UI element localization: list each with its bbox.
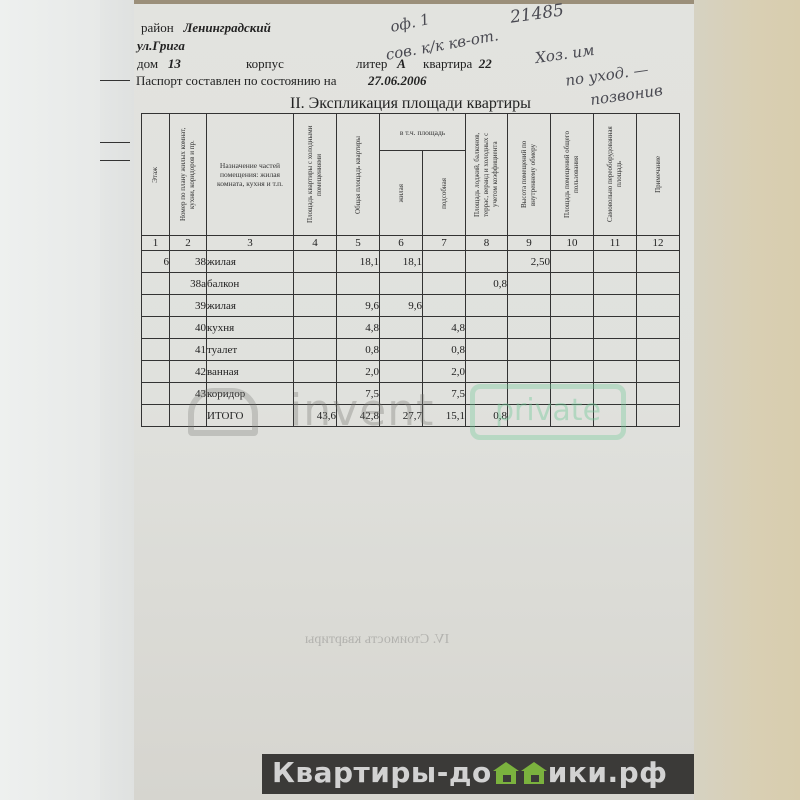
table-cell (637, 339, 680, 361)
column-number: 1 (142, 236, 170, 251)
table-cell: 9,6 (380, 295, 423, 317)
table-cell: 2,0 (423, 361, 466, 383)
table-cell (637, 273, 680, 295)
book-spine (100, 0, 135, 800)
table-cell (637, 295, 680, 317)
table-cell (380, 361, 423, 383)
table-cell (508, 273, 551, 295)
table-cell (637, 317, 680, 339)
table-cell (637, 405, 680, 427)
table-cell: 2,50 (508, 251, 551, 273)
house-value: 13 (168, 56, 181, 71)
district-field: район Ленинградский (141, 20, 271, 36)
table-cell (637, 361, 680, 383)
table-cell (551, 361, 594, 383)
table-cell (337, 273, 380, 295)
table-cell (551, 339, 594, 361)
spine-line (100, 160, 130, 161)
column-number: 10 (551, 236, 594, 251)
table-header-row: Этаж Номер по плану жилых комнат, кухни,… (142, 114, 680, 151)
table-cell: 0,8 (466, 273, 508, 295)
table-cell: кухня (207, 317, 294, 339)
col-header: Площадь помещений общего пользования (551, 114, 594, 236)
house-icon (493, 762, 519, 784)
table-cell (508, 295, 551, 317)
col-header: Назначение частей помещения: жилая комна… (207, 114, 294, 236)
table-cell: 4,8 (423, 317, 466, 339)
table-cell (466, 251, 508, 273)
district-label: район (141, 20, 174, 35)
table-row: 40кухня4,84,8 (142, 317, 680, 339)
table-row: 42ванная2,02,0 (142, 361, 680, 383)
table-cell (466, 317, 508, 339)
col-header: Площадь квартиры с холодными помещениями (294, 114, 337, 236)
building-field: корпус (246, 56, 284, 72)
table-cell (594, 273, 637, 295)
private-watermark: private (470, 384, 626, 440)
table-row: 41туалет0,80,8 (142, 339, 680, 361)
table-cell (294, 317, 337, 339)
house-field: дом 13 (137, 56, 181, 72)
table-cell (508, 339, 551, 361)
table-cell: жилая (207, 295, 294, 317)
district-value: Ленинградский (183, 20, 270, 35)
table-cell (423, 251, 466, 273)
table-cell: 38 (170, 251, 207, 273)
column-number: 8 (466, 236, 508, 251)
table-cell: 40 (170, 317, 207, 339)
invent-logo-icon (188, 388, 258, 436)
col-header: Примечание (637, 114, 680, 236)
house-icon (521, 762, 547, 784)
table-cell (466, 361, 508, 383)
column-number: 9 (508, 236, 551, 251)
column-number: 11 (594, 236, 637, 251)
table-cell: 38а (170, 273, 207, 295)
table-cell (594, 317, 637, 339)
left-page (0, 0, 100, 800)
letter-label: литер (356, 56, 387, 71)
table-cell: 39 (170, 295, 207, 317)
table-cell (551, 317, 594, 339)
table-cell (551, 273, 594, 295)
table-cell (142, 383, 170, 405)
passport-field: Паспорт составлен по состоянию на (136, 73, 336, 89)
street-value: ул.Грига (137, 38, 185, 53)
column-number: 3 (207, 236, 294, 251)
column-number: 7 (423, 236, 466, 251)
section-title: II. Экспликация площади квартиры (290, 95, 531, 113)
passport-date-field: 27.06.2006 (368, 73, 427, 89)
col-header: Площадь лоджий, балконов, террас, веранд… (466, 114, 508, 236)
banner-text: Квартиры-доики.рф (272, 756, 667, 789)
table-cell (294, 339, 337, 361)
site-banner: Квартиры-доики.рф (262, 754, 694, 794)
table-cell (294, 295, 337, 317)
top-strip (134, 0, 694, 4)
table-cell (508, 361, 551, 383)
apartment-value: 22 (479, 56, 492, 71)
table-cell (294, 273, 337, 295)
table-cell: 2,0 (337, 361, 380, 383)
column-number: 5 (337, 236, 380, 251)
table-cell: ванная (207, 361, 294, 383)
table-cell (294, 251, 337, 273)
bleed-through-text: IV. Стоимость квартиры (305, 632, 449, 648)
table-cell (380, 339, 423, 361)
column-number: 6 (380, 236, 423, 251)
table-cell: 41 (170, 339, 207, 361)
col-header: Этаж (142, 114, 170, 236)
column-number-row: 123456789101112 (142, 236, 680, 251)
column-number: 2 (170, 236, 207, 251)
street-field: ул.Грига (137, 38, 185, 54)
table-cell (551, 295, 594, 317)
col-header: подсобная (423, 151, 466, 236)
table-cell (594, 295, 637, 317)
table-cell (142, 295, 170, 317)
table-row: 38абалкон0,8 (142, 273, 680, 295)
table-cell (551, 251, 594, 273)
table-cell: 0,8 (337, 339, 380, 361)
table-cell: балкон (207, 273, 294, 295)
group-header: в т.ч. площадь (380, 114, 466, 151)
table-cell (380, 317, 423, 339)
col-header: Номер по плану жилых комнат, кухни, кори… (170, 114, 207, 236)
table-cell (142, 405, 170, 427)
table-cell: 6 (142, 251, 170, 273)
table-row: 39жилая9,69,6 (142, 295, 680, 317)
explication-table: Этаж Номер по плану жилых комнат, кухни,… (141, 113, 680, 427)
table-cell (637, 383, 680, 405)
table-cell (294, 361, 337, 383)
table-cell: 18,1 (380, 251, 423, 273)
table-cell (423, 295, 466, 317)
table-cell (423, 273, 466, 295)
page-edge (694, 0, 800, 800)
table-cell (594, 361, 637, 383)
table-cell: 42 (170, 361, 207, 383)
col-header: Самовольно переоборудованная площадь (594, 114, 637, 236)
table-cell (637, 251, 680, 273)
column-number: 4 (294, 236, 337, 251)
table-cell (142, 317, 170, 339)
table-cell (142, 361, 170, 383)
building-label: корпус (246, 56, 284, 71)
table-cell (142, 339, 170, 361)
col-header: жилая (380, 151, 423, 236)
table-cell (142, 273, 170, 295)
table-cell: 0,8 (423, 339, 466, 361)
table-cell (594, 339, 637, 361)
house-label: дом (137, 56, 158, 71)
passport-label: Паспорт составлен по состоянию на (136, 73, 336, 88)
column-number: 12 (637, 236, 680, 251)
table-cell (508, 317, 551, 339)
apartment-field: квартира 22 (423, 56, 492, 72)
spine-line (100, 142, 130, 143)
col-header: Высота помещений по внутреннему обмеру (508, 114, 551, 236)
table-cell: жилая (207, 251, 294, 273)
table-cell: 4,8 (337, 317, 380, 339)
invent-watermark: invent (290, 385, 434, 436)
col-header: Общая площадь квартиры (337, 114, 380, 236)
table-cell (466, 295, 508, 317)
table-cell: туалет (207, 339, 294, 361)
table-cell (466, 339, 508, 361)
table-cell (594, 251, 637, 273)
spine-line (100, 80, 130, 81)
table-cell: 18,1 (337, 251, 380, 273)
table-cell (380, 273, 423, 295)
table-row: 638жилая18,118,12,50 (142, 251, 680, 273)
passport-date: 27.06.2006 (368, 73, 427, 88)
apartment-label: квартира (423, 56, 472, 71)
table-cell: 9,6 (337, 295, 380, 317)
